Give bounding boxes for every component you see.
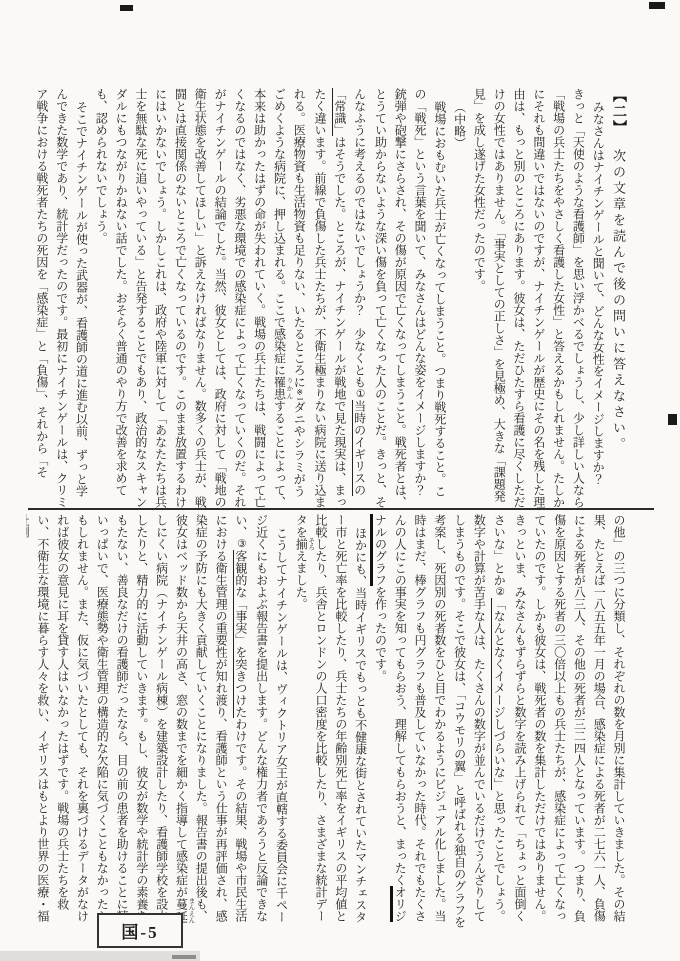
ruby-annotated-word: 罹患りかん [272,376,286,400]
passage-top-block: 【二】次の文章を読んで後の問いに答えなさい。 みなさんはナイチンゲールと聞いて、… [26,88,628,508]
underline-number-mark: ① [355,388,366,400]
scan-artifact [0,951,200,961]
passage-paragraph: みなさんはナイチンゲールと聞いて、どんな女性をイメージしますか？ きっと「天使の… [469,88,608,508]
scan-artifact [120,5,133,11]
passage-text: することによって、本来は助かったはずの命が失われていく。戦場の兵士たちは、戦闘に… [94,88,286,508]
passage-paragraph: の他」の三つに分類し、それぞれの数を月別に集計していきました。その結果、たとえば… [370,514,628,928]
exam-page: 【二】次の文章を読んで後の問いに答えなさい。 みなさんはナイチンゲールと聞いて、… [0,0,680,961]
ruby-annotated-word: 揃そろ [294,538,308,550]
scan-artifact [668,414,677,425]
passage-text: しにくい病院（ナイチンゲール病棟）を建築設計したり、看護師学校を設立したりと、精… [26,514,169,922]
passage-paragraph: （中略） [449,88,469,508]
section-number: 【二】 [611,88,626,136]
underline-number-mark: ② [494,586,505,598]
section-divider [28,508,654,510]
emphasized-phrase: 客観的な「事実」を突きつけた [233,550,248,718]
page-number: 国-5 [121,918,158,943]
underline-number-mark: ③ [236,538,247,550]
scan-artifact [172,955,196,959]
passage-text: みなさんはナイチンゲールと聞いて、どんな女性をイメージしますか？ きっと「天使の… [472,88,605,508]
page-number-box: 国-5 [97,913,183,948]
passage-paragraph: こうしてナイチンゲールは、ヴィクトリア女王が直轄する委員会に千ページ近くにもおよ… [26,514,290,928]
passage-text: （中略） [453,101,467,149]
section-heading: 【二】次の文章を読んで後の問いに答えなさい。 [607,88,628,508]
passage-text: を作ったのです。 [373,586,387,682]
passage-text: と思ったことでしょう。数字や計算が苦手な人は、たくさんの数字が並んでいるだけでう… [393,514,506,928]
passage-paragraph: ほかにも、当時イギリスでもっとも不健康な街とされていたマンチェスター市と死亡率を… [290,514,369,928]
section-instruction: 次の文章を読んで後の問いに答えなさい。 [611,136,626,453]
scan-artifact [649,2,665,9]
passage-text: の他」の三つに分類し、それぞれの数を月別に集計していきました。その結果、たとえば… [492,514,626,922]
passage-paragraph: 戦場におもむいた兵士が亡くなってしまうこと。つまり戦死すること。この「戦死」とい… [90,88,448,508]
passage-paragraph: そこでナイチンゲールが使った武器が、看護師の道に進む以前、ずっと学んできた数学で… [31,88,90,508]
passage-text: えました。 [294,550,308,610]
passage-text: そこでナイチンゲールが使った武器が、看護師の道に進む以前、ずっと学んできた数学で… [35,88,89,508]
emphasized-phrase: 「なんとなくイメージしづらいな」 [491,598,506,790]
passage-bottom-block: の他」の三つに分類し、それぞれの数を月別に集計していきました。その結果、たとえば… [26,514,628,928]
note-reference-mark: ※1 [295,388,304,401]
